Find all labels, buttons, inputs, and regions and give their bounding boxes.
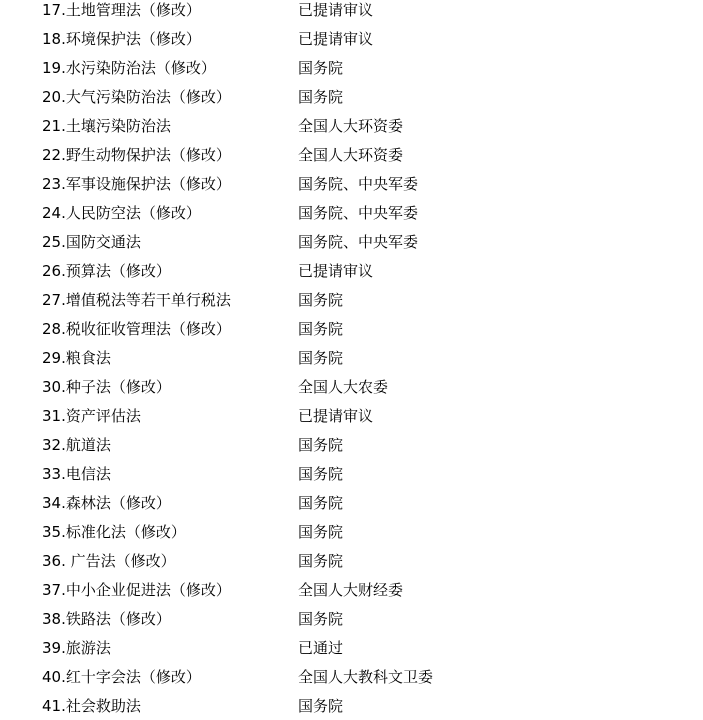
law-name: 36. 广告法（修改）: [42, 547, 176, 576]
law-name: 19.水污染防治法（修改）: [42, 54, 216, 83]
list-item: 24.人民防空法（修改）国务院、中央军委: [0, 199, 703, 228]
list-item: 41.社会救助法国务院: [0, 692, 703, 720]
sponsor: 全国人大环资委: [298, 112, 403, 141]
sponsor: 已通过: [298, 634, 343, 663]
list-item: 30.种子法（修改）全国人大农委: [0, 373, 703, 402]
sponsor: 国务院: [298, 344, 343, 373]
law-name: 31.资产评估法: [42, 402, 141, 431]
sponsor: 国务院、中央军委: [298, 170, 418, 199]
sponsor: 已提请审议: [298, 257, 373, 286]
list-item: 26.预算法（修改）已提请审议: [0, 257, 703, 286]
list-item: 40.红十字会法（修改）全国人大教科文卫委: [0, 663, 703, 692]
list-item: 29.粮食法国务院: [0, 344, 703, 373]
law-name: 20.大气污染防治法（修改）: [42, 83, 231, 112]
law-name: 35.标准化法（修改）: [42, 518, 186, 547]
law-name: 41.社会救助法: [42, 692, 141, 720]
sponsor: 全国人大农委: [298, 373, 388, 402]
law-name: 22.野生动物保护法（修改）: [42, 141, 231, 170]
law-name: 18.环境保护法（修改）: [42, 25, 201, 54]
list-item: 19.水污染防治法（修改）国务院: [0, 54, 703, 83]
sponsor: 国务院、中央军委: [298, 199, 418, 228]
sponsor: 全国人大财经委: [298, 576, 403, 605]
list-item: 22.野生动物保护法（修改）全国人大环资委: [0, 141, 703, 170]
sponsor: 国务院: [298, 315, 343, 344]
law-name: 34.森林法（修改）: [42, 489, 171, 518]
sponsor: 已提请审议: [298, 0, 373, 25]
law-name: 27.增值税法等若干单行税法: [42, 286, 231, 315]
law-name: 38.铁路法（修改）: [42, 605, 171, 634]
list-item: 21.土壤污染防治法全国人大环资委: [0, 112, 703, 141]
sponsor: 国务院: [298, 489, 343, 518]
law-name: 39.旅游法: [42, 634, 111, 663]
sponsor: 国务院: [298, 518, 343, 547]
sponsor: 已提请审议: [298, 25, 373, 54]
sponsor: 国务院: [298, 460, 343, 489]
list-item: 33.电信法国务院: [0, 460, 703, 489]
sponsor: 国务院: [298, 54, 343, 83]
sponsor: 国务院: [298, 547, 343, 576]
list-item: 36. 广告法（修改）国务院: [0, 547, 703, 576]
law-name: 30.种子法（修改）: [42, 373, 171, 402]
sponsor: 国务院: [298, 692, 343, 720]
law-name: 23.军事设施保护法（修改）: [42, 170, 231, 199]
list-item: 17.土地管理法（修改）已提请审议: [0, 0, 703, 25]
list-item: 32.航道法国务院: [0, 431, 703, 460]
list-item: 31.资产评估法已提请审议: [0, 402, 703, 431]
law-name: 21.土壤污染防治法: [42, 112, 171, 141]
list-item: 34.森林法（修改）国务院: [0, 489, 703, 518]
list-item: 20.大气污染防治法（修改）国务院: [0, 83, 703, 112]
list-item: 25.国防交通法国务院、中央军委: [0, 228, 703, 257]
sponsor: 国务院、中央军委: [298, 228, 418, 257]
list-item: 27.增值税法等若干单行税法国务院: [0, 286, 703, 315]
law-name: 26.预算法（修改）: [42, 257, 171, 286]
list-item: 23.军事设施保护法（修改）国务院、中央军委: [0, 170, 703, 199]
sponsor: 全国人大环资委: [298, 141, 403, 170]
law-name: 37.中小企业促进法（修改）: [42, 576, 231, 605]
law-name: 28.税收征收管理法（修改）: [42, 315, 231, 344]
law-name: 33.电信法: [42, 460, 111, 489]
list-item: 38.铁路法（修改）国务院: [0, 605, 703, 634]
sponsor: 国务院: [298, 83, 343, 112]
sponsor: 国务院: [298, 605, 343, 634]
law-name: 17.土地管理法（修改）: [42, 0, 201, 25]
law-name: 32.航道法: [42, 431, 111, 460]
law-name: 24.人民防空法（修改）: [42, 199, 201, 228]
list-item: 18.环境保护法（修改）已提请审议: [0, 25, 703, 54]
legislation-list: 17.土地管理法（修改）已提请审议 18.环境保护法（修改）已提请审议 19.水…: [0, 0, 703, 720]
sponsor: 国务院: [298, 286, 343, 315]
sponsor: 已提请审议: [298, 402, 373, 431]
law-name: 29.粮食法: [42, 344, 111, 373]
list-item: 37.中小企业促进法（修改）全国人大财经委: [0, 576, 703, 605]
list-item: 35.标准化法（修改）国务院: [0, 518, 703, 547]
list-item: 39.旅游法已通过: [0, 634, 703, 663]
law-name: 40.红十字会法（修改）: [42, 663, 201, 692]
law-name: 25.国防交通法: [42, 228, 141, 257]
sponsor: 全国人大教科文卫委: [298, 663, 433, 692]
sponsor: 国务院: [298, 431, 343, 460]
list-item: 28.税收征收管理法（修改）国务院: [0, 315, 703, 344]
